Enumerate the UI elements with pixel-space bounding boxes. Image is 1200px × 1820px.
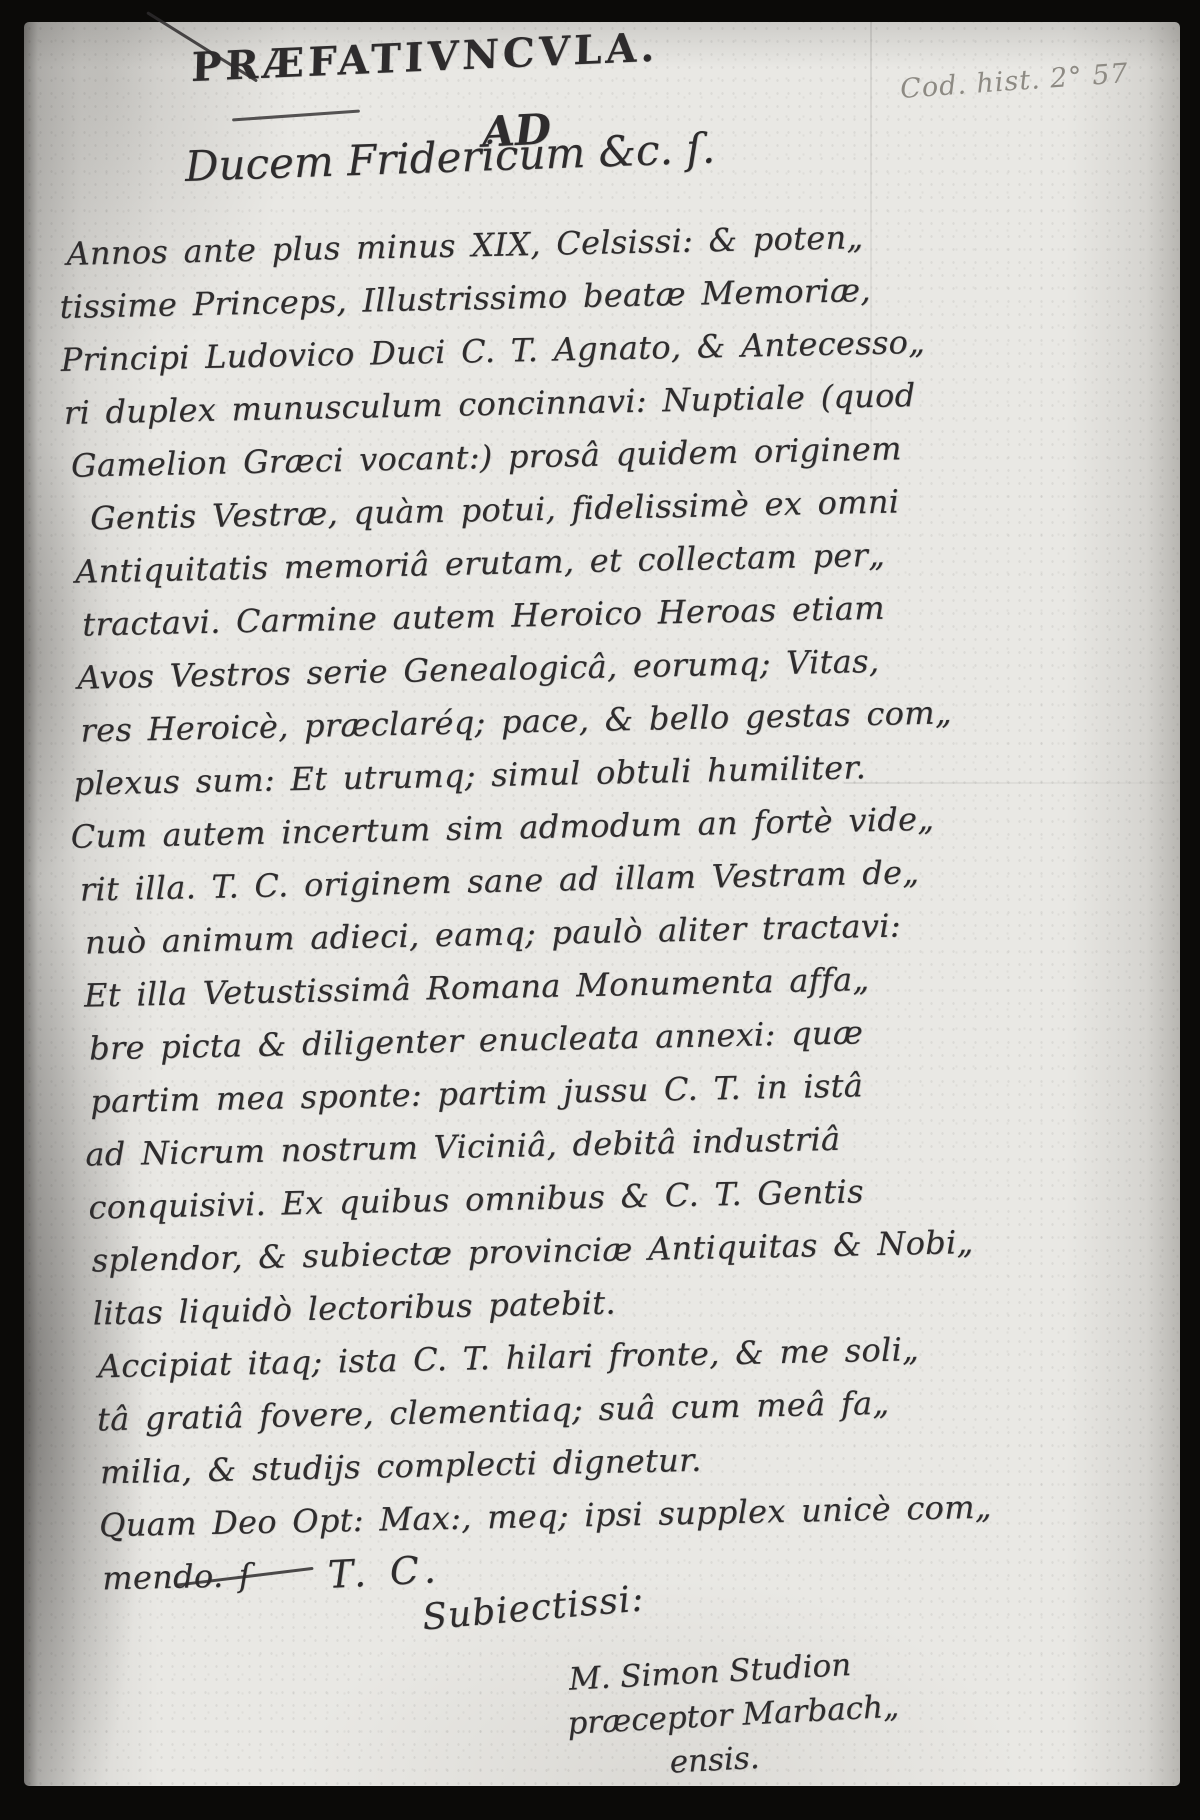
manuscript-body: Annos ante plus minus XIX, Celsissi: & p… xyxy=(58,209,987,1606)
signature-block: M. Simon Studion præceptor Marbach„ ensi… xyxy=(564,1643,861,1790)
closing-flourish-stroke xyxy=(174,1567,313,1587)
manuscript-page: PRÆFATIVNCVLA. AD Ducem Fridericum &c. ſ… xyxy=(24,22,1180,1786)
manuscript-photo: PRÆFATIVNCVLA. AD Ducem Fridericum &c. ſ… xyxy=(0,0,1200,1820)
closing-initials: T. C. xyxy=(327,1547,443,1597)
